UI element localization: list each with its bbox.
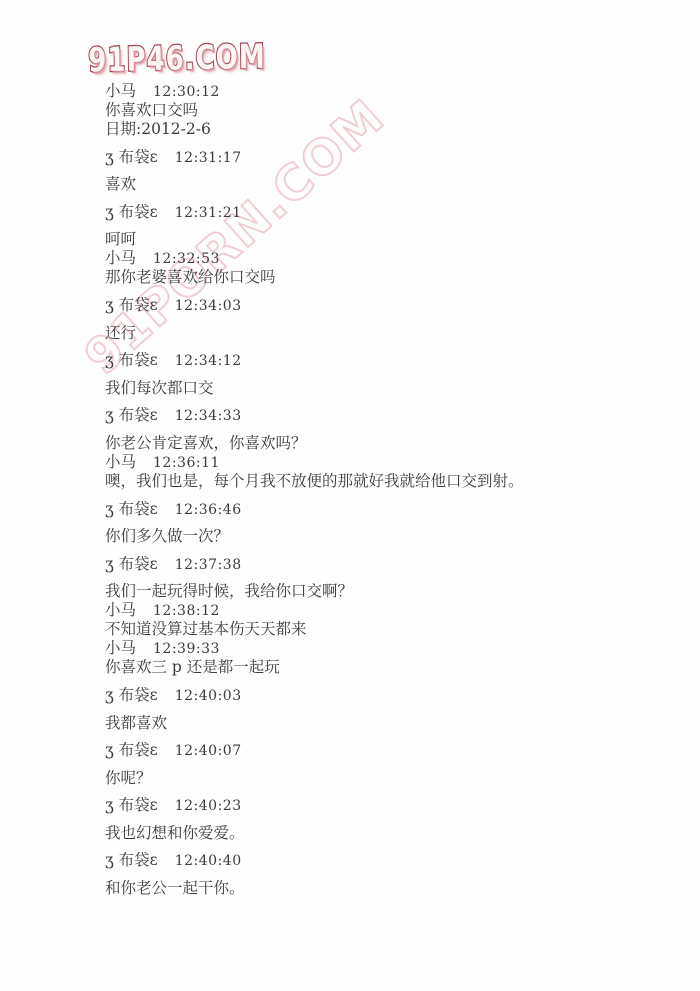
chat-meta-line: ʒ 布袋ɛ12:40:03 bbox=[105, 686, 665, 705]
message-time: 12:32:53 bbox=[153, 250, 220, 269]
chat-message-line: 我也幻想和你爱爱。 bbox=[105, 824, 665, 843]
speaker-name: ʒ 布袋ɛ bbox=[105, 686, 158, 705]
chat-meta-line: ʒ 布袋ɛ12:34:33 bbox=[105, 406, 665, 425]
speaker-name: ʒ 布袋ɛ bbox=[105, 406, 158, 425]
chat-meta-line: 小马12:38:12 bbox=[105, 601, 665, 620]
chat-meta-line: 小马12:30:12 bbox=[105, 82, 665, 101]
chat-message-line: 喜欢 bbox=[105, 175, 665, 194]
chat-message-line: 你老公肯定喜欢，你喜欢吗？ bbox=[105, 434, 665, 453]
message-time: 12:40:07 bbox=[175, 742, 242, 761]
speaker-name: 小马 bbox=[105, 601, 136, 620]
chat-message-line: 还行 bbox=[105, 324, 665, 343]
chat-message-line: 日期:2012-2-6 bbox=[105, 120, 665, 139]
chat-meta-line: ʒ 布袋ɛ12:40:07 bbox=[105, 741, 665, 760]
speaker-name: 小马 bbox=[105, 82, 136, 101]
speaker-name: 小马 bbox=[105, 249, 136, 268]
chat-meta-line: ʒ 布袋ɛ12:36:46 bbox=[105, 500, 665, 519]
chat-screenshot-page: 91PORN.COM 91P46.COM 小马12:30:12你喜欢口交吗日期:… bbox=[0, 0, 700, 991]
chat-message-line: 我们每次都口交 bbox=[105, 379, 665, 398]
chat-meta-line: 小马12:36:11 bbox=[105, 453, 665, 472]
chat-meta-line: ʒ 布袋ɛ12:40:23 bbox=[105, 796, 665, 815]
speaker-name: ʒ 布袋ɛ bbox=[105, 741, 158, 760]
message-time: 12:31:17 bbox=[175, 149, 242, 168]
speaker-name: ʒ 布袋ɛ bbox=[105, 351, 158, 370]
speaker-name: 小马 bbox=[105, 453, 136, 472]
chat-message-line: 呵呵 bbox=[105, 230, 665, 249]
chat-message-line: 你喜欢三 p 还是都一起玩 bbox=[105, 658, 665, 677]
message-time: 12:40:03 bbox=[175, 687, 242, 706]
chat-message-line: 那你老婆喜欢给你口交吗 bbox=[105, 268, 665, 287]
speaker-name: 小马 bbox=[105, 639, 136, 658]
chat-meta-line: 小马12:32:53 bbox=[105, 249, 665, 268]
chat-message-line: 你们多久做一次？ bbox=[105, 527, 665, 546]
message-time: 12:37:38 bbox=[175, 556, 242, 575]
message-time: 12:31:21 bbox=[175, 204, 242, 223]
message-time: 12:38:12 bbox=[153, 602, 220, 621]
chat-meta-line: ʒ 布袋ɛ12:37:38 bbox=[105, 555, 665, 574]
message-time: 12:40:40 bbox=[175, 852, 242, 871]
message-time: 12:34:03 bbox=[175, 297, 242, 316]
site-logo: 91P46.COM bbox=[88, 38, 266, 80]
message-time: 12:34:12 bbox=[175, 352, 242, 371]
chat-meta-line: ʒ 布袋ɛ12:31:17 bbox=[105, 148, 665, 167]
chat-meta-line: ʒ 布袋ɛ12:34:03 bbox=[105, 296, 665, 315]
chat-meta-line: ʒ 布袋ɛ12:31:21 bbox=[105, 203, 665, 222]
chat-message-line: 和你老公一起干你。 bbox=[105, 879, 665, 898]
speaker-name: ʒ 布袋ɛ bbox=[105, 148, 158, 167]
speaker-name: ʒ 布袋ɛ bbox=[105, 203, 158, 222]
speaker-name: ʒ 布袋ɛ bbox=[105, 796, 158, 815]
speaker-name: ʒ 布袋ɛ bbox=[105, 296, 158, 315]
speaker-name: ʒ 布袋ɛ bbox=[105, 500, 158, 519]
message-time: 12:30:12 bbox=[153, 83, 220, 102]
chat-message-line: 噢，我们也是，每个月我不放便的那就好我就给他口交到射。 bbox=[105, 472, 665, 491]
message-time: 12:36:46 bbox=[175, 501, 242, 520]
chat-message-line: 我们一起玩得时候，我给你口交啊？ bbox=[105, 582, 665, 601]
message-time: 12:34:33 bbox=[175, 407, 242, 426]
speaker-name: ʒ 布袋ɛ bbox=[105, 555, 158, 574]
chat-meta-line: ʒ 布袋ɛ12:34:12 bbox=[105, 351, 665, 370]
chat-message-line: 不知道没算过基本伤天天都来 bbox=[105, 620, 665, 639]
message-time: 12:39:33 bbox=[153, 640, 220, 659]
chat-meta-line: ʒ 布袋ɛ12:40:40 bbox=[105, 851, 665, 870]
speaker-name: ʒ 布袋ɛ bbox=[105, 851, 158, 870]
chat-log: 小马12:30:12你喜欢口交吗日期:2012-2-6ʒ 布袋ɛ12:31:17… bbox=[105, 82, 665, 898]
chat-message-line: 你呢？ bbox=[105, 769, 665, 788]
chat-message-line: 我都喜欢 bbox=[105, 714, 665, 733]
chat-message-line: 你喜欢口交吗 bbox=[105, 101, 665, 120]
chat-meta-line: 小马12:39:33 bbox=[105, 639, 665, 658]
message-time: 12:36:11 bbox=[153, 454, 220, 473]
message-time: 12:40:23 bbox=[175, 797, 242, 816]
